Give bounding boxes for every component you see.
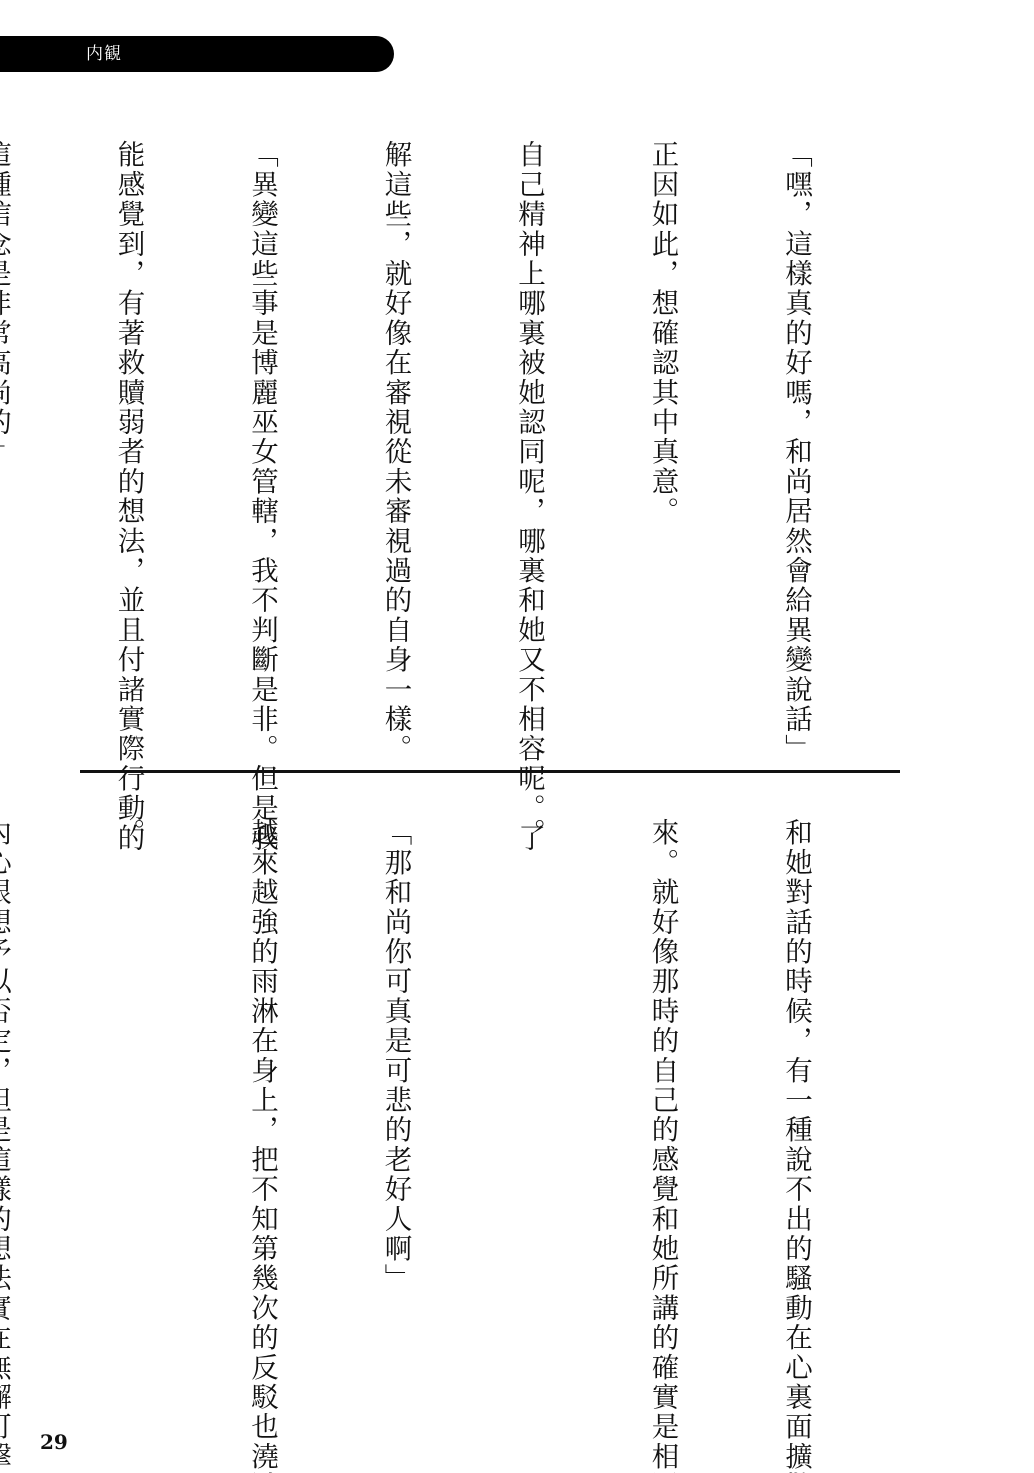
text-column: 和她對話的時候，有一種說不出的騷動在心裏面擴散開: [774, 818, 819, 1398]
text-column: 。: [507, 818, 552, 1398]
body-text-bottom: 和她對話的時候，有一種說不出的騷動在心裏面擴散開 來。就好像那時的自己的感覺和她…: [0, 818, 907, 1398]
page-number: 29: [40, 1430, 68, 1454]
text-column: 越來越強的雨淋在身上，把不知第幾次的反駁也澆滅了: [240, 818, 285, 1398]
text-column: 正因如此，想確認其中真意。: [640, 140, 685, 760]
section-divider: [80, 770, 900, 773]
text-column: 解這些，就好像在審視從未審視過的自身一樣。: [373, 140, 418, 760]
text-column: 「異變這些事是博麗巫女管轄，我不判斷是非。但是我: [240, 140, 285, 760]
chapter-header-bar: [0, 36, 394, 72]
text-column: 「那和尚你可真是可悲的老好人啊」: [373, 818, 418, 1398]
text-column: 「嘿，這樣真的好嗎，和尚居然會給異變說話」: [774, 140, 819, 760]
text-column: 。: [106, 818, 151, 1398]
text-column: 能感覺到，有著救贖弱者的想法，並且付諸實際行動的: [106, 140, 151, 760]
text-column: 自己精神上哪裏被她認同呢，哪裏和她又不相容呢。了: [507, 140, 552, 760]
text-column: 內心很想予以否定，但是這樣的想法實在無懈可擊，只: [0, 818, 17, 1398]
text-column: 這種信念是非常高尚的」: [0, 140, 17, 760]
body-text-top: 「嘿，這樣真的好嗎，和尚居然會給異變說話」 正因如此，想確認其中真意。 自己精神…: [0, 140, 907, 760]
text-column: 來。就好像那時的自己的感覺和她所講的確實是相通的: [640, 818, 685, 1398]
chapter-title: 内観: [86, 44, 122, 64]
